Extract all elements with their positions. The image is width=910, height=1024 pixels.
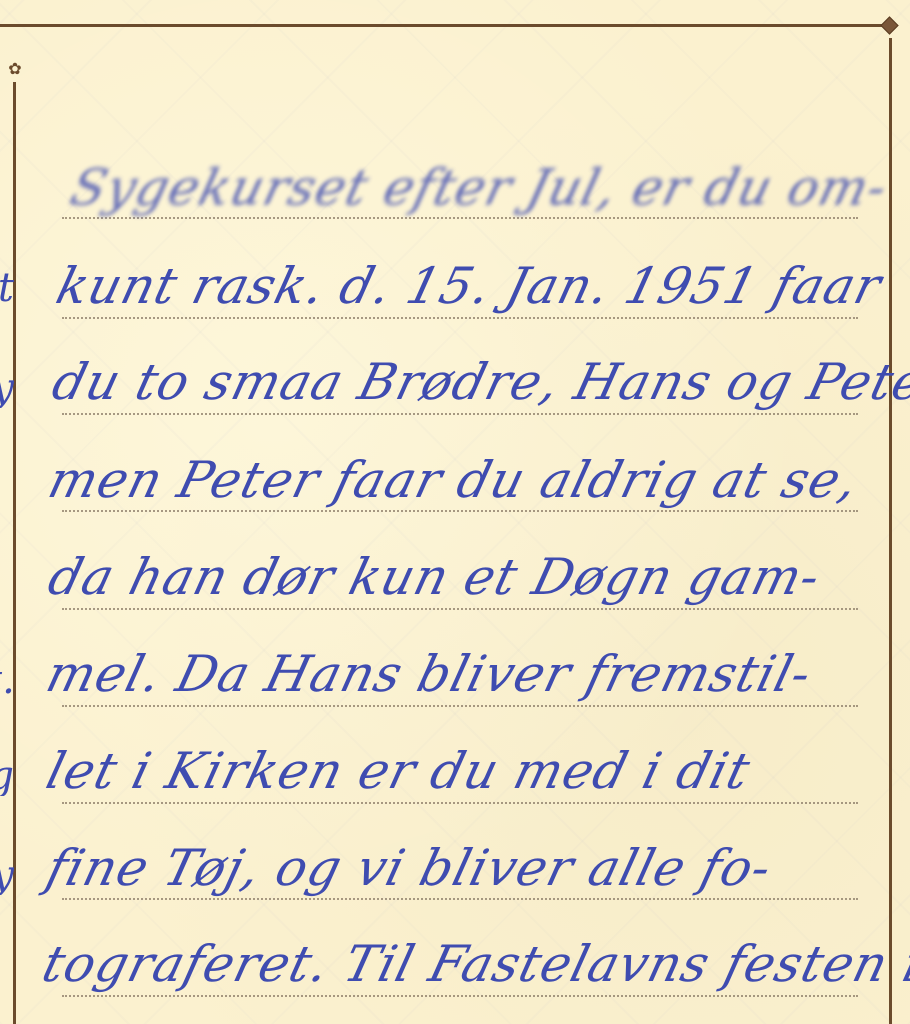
- top-border-rule: [0, 24, 884, 27]
- handwritten-line-8: fine Tøj, og vi bliver alle fo-: [38, 828, 898, 908]
- notebook-page: ✿ Sygekurset efter Jul, er du om- kunt r…: [0, 0, 910, 1024]
- handwritten-line-5: da han dør kun et Døgn gam-: [40, 537, 900, 617]
- handwritten-line-4: men Peter faar du aldrig at se,: [40, 440, 900, 520]
- margin-fragment: t: [0, 268, 14, 308]
- handwritten-line-2: kunt rask. d. 15. Jan. 1951 faar: [48, 246, 908, 326]
- handwritten-line-3: du to smaa Brødre, Hans og Peter,: [44, 342, 904, 422]
- margin-fragment: y: [0, 368, 14, 408]
- handwritten-line-1: Sygekurset efter Jul, er du om-: [62, 148, 910, 228]
- handwritten-line-9: tograferet. Til Fastelavns festen i: [34, 924, 894, 1004]
- handwritten-line-7: let i Kirken er du med i dit: [38, 731, 898, 811]
- flower-ornament-icon: ✿: [6, 60, 24, 78]
- diamond-ornament-icon: [880, 16, 898, 34]
- handwritten-line-6: mel. Da Hans bliver fremstil-: [38, 634, 898, 714]
- margin-fragment: t.: [0, 660, 14, 700]
- margin-fragment: g: [0, 756, 14, 796]
- margin-fragment: y: [0, 855, 14, 895]
